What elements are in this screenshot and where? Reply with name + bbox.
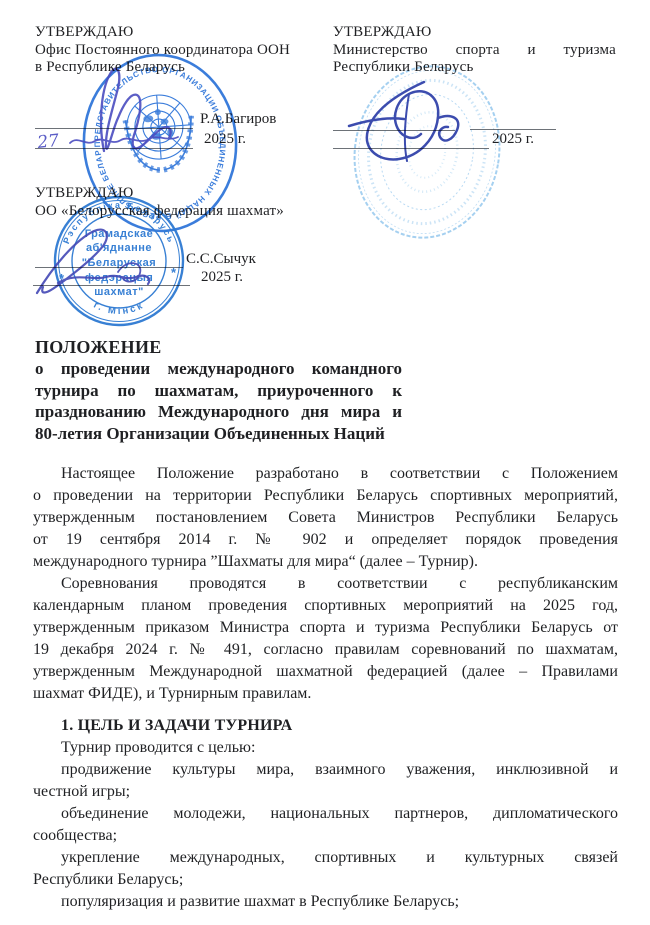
title-line: празднованию Международного дня мира и xyxy=(35,401,402,423)
handwritten-day: 27 xyxy=(35,131,60,153)
paragraph-line: календарным планом проведения спортивных… xyxy=(33,595,618,617)
title-line: турнира по шахматам, приуроченного к xyxy=(35,380,402,402)
federation-stamp-line: аб'яднанне xyxy=(86,242,152,254)
approval-block-ministry: УТВЕРЖДАЮ Министерство спорта и туризма … xyxy=(333,24,616,77)
date-line xyxy=(333,148,489,149)
approval-org-ministry-line1: Министерство спорта и туризма xyxy=(333,42,616,60)
list-item-line: укрепление международных, спортивных и к… xyxy=(33,847,618,869)
approval-org-federation: ОО «Белорусская федерация шахмат» xyxy=(35,203,325,221)
date-line xyxy=(35,148,193,149)
signer-name-un: Р.А.Багиров xyxy=(200,111,276,128)
paragraph-line: международного турнира ”Шахматы для мира… xyxy=(33,551,618,573)
paragraph-line: о проведении на территории Республики Бе… xyxy=(33,485,618,507)
federation-signature xyxy=(37,230,149,293)
paragraph-line: утвержденным Международной шахматной фед… xyxy=(33,661,618,683)
paragraph-line: утвержденным постановлением Совета Минис… xyxy=(33,507,618,529)
signature-line xyxy=(333,130,455,131)
approval-label-ministry: УТВЕРЖДАЮ xyxy=(333,24,616,42)
paragraph-line: утвержденным приказом Министра спорта и … xyxy=(33,617,618,639)
paragraph-line: Соревнования проводятся в соответствии с… xyxy=(33,573,618,595)
list-item-line: честной игры; xyxy=(33,781,618,803)
approval-block-un: УТВЕРЖДАЮ Офис Постоянного координатора … xyxy=(35,24,310,77)
approval-org-un-line2: в Республике Беларусь xyxy=(35,59,310,77)
list-item-line: популяризация и развитие шахмат в Респуб… xyxy=(33,891,618,913)
document-title: ПОЛОЖЕНИЕ xyxy=(35,336,402,358)
federation-ring-bottom-text: г. Мінск xyxy=(92,300,147,318)
year-un: 2025 г. xyxy=(204,131,246,148)
list-item-line: объединение молодежи, национальных партн… xyxy=(33,803,618,825)
list-item-line: сообщества; xyxy=(33,825,618,847)
ministry-stamp xyxy=(341,55,513,249)
un-emblem-icon xyxy=(124,93,195,172)
signature-line xyxy=(35,267,183,268)
list-item-line: продвижение культуры мира, взаимного ува… xyxy=(33,759,618,781)
approval-org-ministry-line2: Республики Беларусь xyxy=(333,59,616,77)
document-page: УТВЕРЖДАЮ Офис Постоянного координатора … xyxy=(0,0,650,925)
document-title-block: ПОЛОЖЕНИЕ о проведении международного ко… xyxy=(35,336,402,444)
federation-stamp-line: федэрацыя xyxy=(85,272,154,284)
paragraph-line: от 19 сентября 2014 г. № 902 и определяе… xyxy=(33,529,618,551)
federation-stamp-line: Грамадскае xyxy=(85,228,153,240)
title-line: 80-летия Организации Объединенных Наций xyxy=(35,423,402,445)
signature-line xyxy=(470,129,556,130)
year-ministry: 2025 г. xyxy=(492,131,534,148)
approval-label-un: УТВЕРЖДАЮ xyxy=(35,24,310,42)
paragraph-line: Настоящее Положение разработано в соотве… xyxy=(33,463,618,485)
federation-stamp-star: * xyxy=(59,271,65,286)
ministry-signature xyxy=(349,82,458,161)
document-body: Настоящее Положение разработано в соотве… xyxy=(33,463,618,913)
un-signature xyxy=(70,69,178,151)
approval-label-federation: УТВЕРЖДАЮ xyxy=(35,185,325,203)
title-line: о проведении международного командного xyxy=(35,358,402,380)
list-item-line: Республики Беларусь; xyxy=(33,869,618,891)
paragraph-line: шахмат ФИДЕ), и Турнирным правилам. xyxy=(33,683,618,705)
signature-line xyxy=(35,128,193,129)
section-lead: Турнир проводится с целью: xyxy=(33,737,618,759)
federation-stamp-line: шахмат" xyxy=(94,286,144,298)
year-federation: 2025 г. xyxy=(201,269,243,286)
approval-org-un-line1: Офис Постоянного координатора ООН xyxy=(35,42,310,60)
section-heading: 1. ЦЕЛЬ И ЗАДАЧИ ТУРНИРА xyxy=(33,715,618,737)
paragraph-line: 19 декабря 2024 г. № 491, согласно прави… xyxy=(33,639,618,661)
date-line xyxy=(33,285,190,286)
approval-block-federation: УТВЕРЖДАЮ ОО «Белорусская федерация шахм… xyxy=(35,185,325,220)
signer-name-federation: С.С.Сычук xyxy=(186,251,256,268)
